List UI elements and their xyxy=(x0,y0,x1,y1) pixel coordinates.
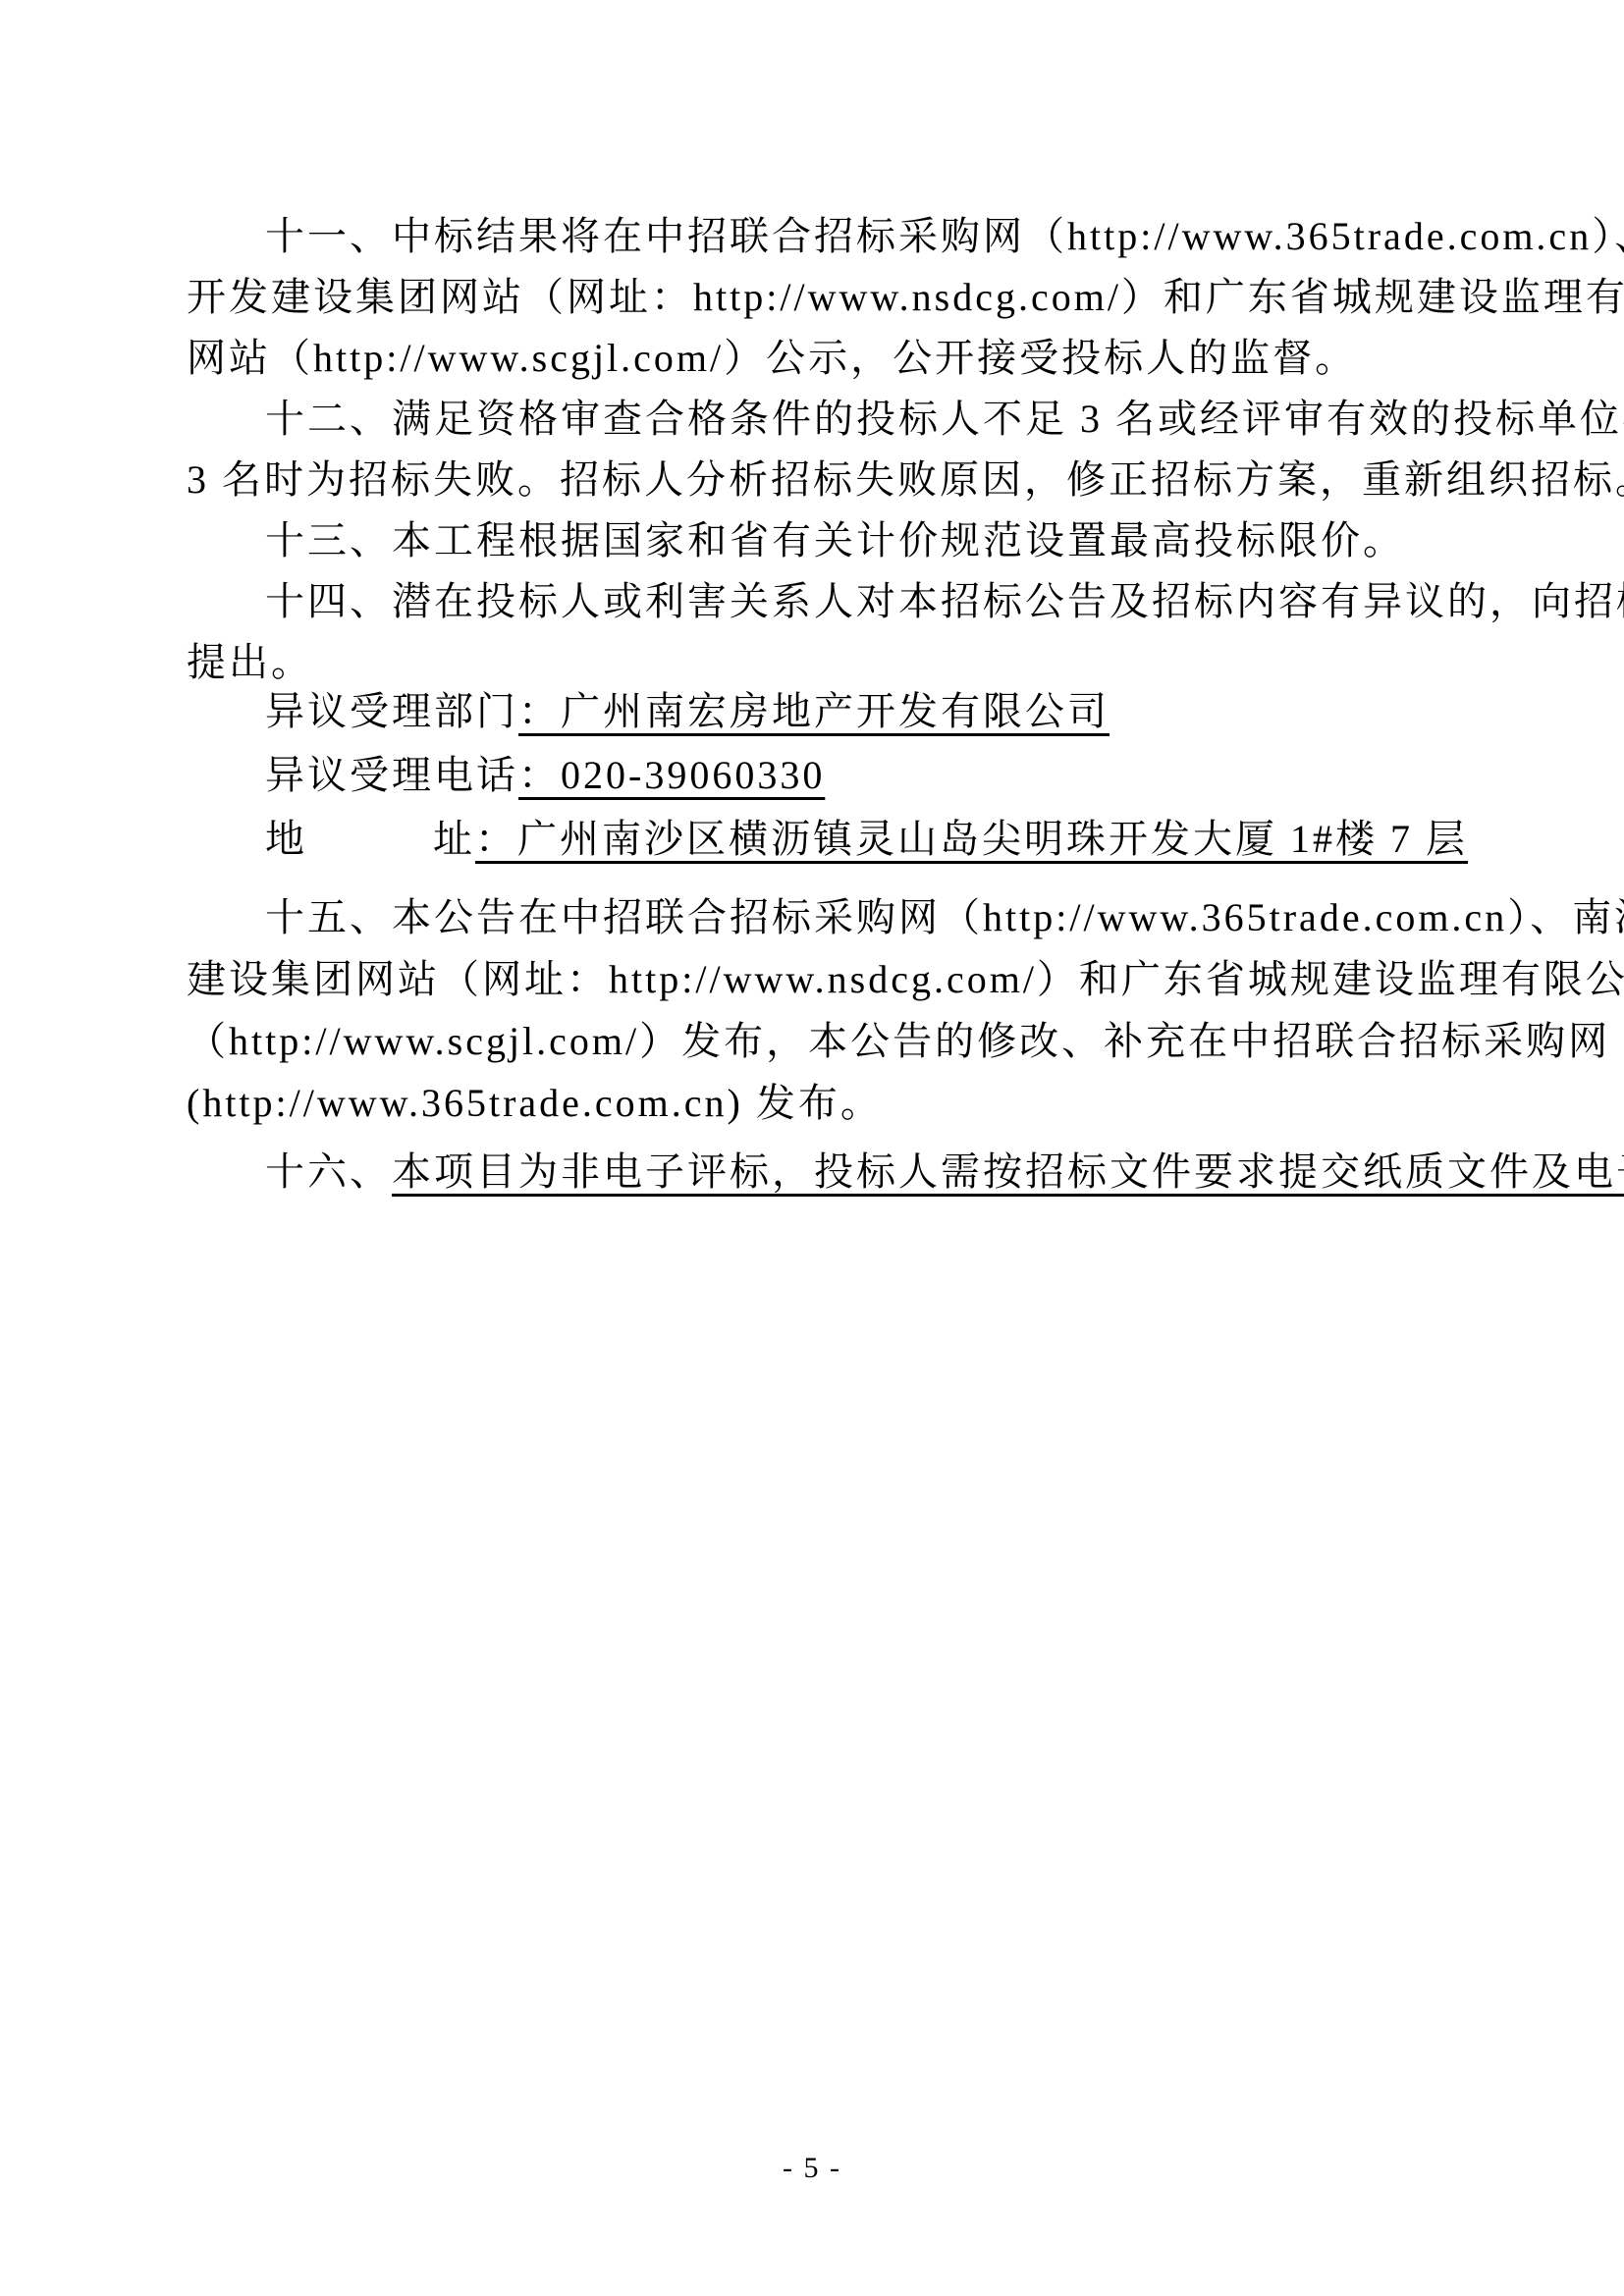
text-line: 开发建设集团网站（网址：http://www.nsdcg.com/）和广东省城规… xyxy=(187,267,1437,328)
document-body: 十一、中标结果将在中招联合招标采购网（http://www.365trade.c… xyxy=(187,206,1437,1202)
underlined-text: ：020-39060330 xyxy=(518,753,825,797)
text-run: 址 xyxy=(433,817,475,861)
text-run: 3 名时为招标失败。招标人分析招标失败原因，修正招标方案，重新组织招标。 xyxy=(187,457,1624,502)
text-run: 异议受理部门 xyxy=(265,689,518,733)
text-line: 地址：广州南沙区横沥镇灵山岛尖明珠开发大厦 1#楼 7 层 xyxy=(187,807,1437,871)
text-run: 建设集团网站（网址：http://www.nsdcg.com/）和广东省城规建设… xyxy=(187,957,1624,1001)
text-run: （http://www.scgjl.com/）发布，本公告的修改、补充在中招联合… xyxy=(187,1019,1610,1063)
paragraph-item-16: 十六、本项目为非电子评标，投标人需按招标文件要求提交纸质文件及电子光盘。 xyxy=(187,1142,1437,1202)
text-line: 十六、本项目为非电子评标，投标人需按招标文件要求提交纸质文件及电子光盘。 xyxy=(187,1142,1437,1202)
text-run: 十六、 xyxy=(265,1149,392,1194)
text-run: 十一、中标结果将在中招联合招标采购网（http://www.365trade.c… xyxy=(265,214,1624,258)
text-line: 十一、中标结果将在中招联合招标采购网（http://www.365trade.c… xyxy=(187,206,1437,267)
text-line: 十二、满足资格审查合格条件的投标人不足 3 名或经评审有效的投标单位不足 xyxy=(187,389,1437,450)
text-run: (http://www.365trade.com.cn) 发布。 xyxy=(187,1081,883,1125)
document-page: 十一、中标结果将在中招联合招标采购网（http://www.365trade.c… xyxy=(0,0,1624,2296)
text-run: 开发建设集团网站（网址：http://www.nsdcg.com/）和广东省城规… xyxy=(187,275,1624,319)
text-line: 3 名时为招标失败。招标人分析招标失败原因，修正招标方案，重新组织招标。 xyxy=(187,450,1437,510)
text-run: 十五、本公告在中招联合招标采购网（http://www.365trade.com… xyxy=(265,895,1624,939)
text-run: 异议受理电话 xyxy=(265,753,518,797)
text-line: 建设集团网站（网址：http://www.nsdcg.com/）和广东省城规建设… xyxy=(187,948,1437,1010)
text-line: 网站（http://www.scgjl.com/）公示，公开接受投标人的监督。 xyxy=(187,328,1437,389)
paragraph-item-13: 十三、本工程根据国家和省有关计价规范设置最高投标限价。 xyxy=(187,510,1437,571)
text-line: 十四、潜在投标人或利害关系人对本招标公告及招标内容有异议的，向招标人书面 xyxy=(187,571,1437,632)
underlined-text: ：广州南沙区横沥镇灵山岛尖明珠开发大厦 1#楼 7 层 xyxy=(475,817,1468,861)
paragraph-item-12: 十二、满足资格审查合格条件的投标人不足 3 名或经评审有效的投标单位不足3 名时… xyxy=(187,389,1437,510)
text-line: 异议受理电话：020-39060330 xyxy=(187,743,1437,807)
text-run: 十二、满足资格审查合格条件的投标人不足 3 名或经评审有效的投标单位不足 xyxy=(265,397,1624,441)
text-line: 异议受理部门：广州南宏房地产开发有限公司 xyxy=(187,679,1437,743)
paragraph-item-14: 十四、潜在投标人或利害关系人对本招标公告及招标内容有异议的，向招标人书面提出。 xyxy=(187,571,1437,693)
text-run: 十四、潜在投标人或利害关系人对本招标公告及招标内容有异议的，向招标人书面 xyxy=(265,579,1624,623)
underlined-text: 本项目为非电子评标，投标人需按招标文件要求提交纸质文件及电子光盘。 xyxy=(392,1149,1624,1194)
underlined-text: ：广州南宏房地产开发有限公司 xyxy=(518,689,1110,733)
page-number: - 5 - xyxy=(0,2152,1624,2185)
text-run: 网站（http://www.scgjl.com/）公示，公开接受投标人的监督。 xyxy=(187,336,1357,380)
text-line: (http://www.365trade.com.cn) 发布。 xyxy=(187,1072,1437,1134)
text-run: 十三、本工程根据国家和省有关计价规范设置最高投标限价。 xyxy=(265,518,1405,562)
text-line: （http://www.scgjl.com/）发布，本公告的修改、补充在中招联合… xyxy=(187,1010,1437,1072)
paragraph-contact: 异议受理部门：广州南宏房地产开发有限公司异议受理电话：020-39060330地… xyxy=(187,679,1437,871)
text-line: 十五、本公告在中招联合招标采购网（http://www.365trade.com… xyxy=(187,886,1437,948)
label-gap xyxy=(307,851,433,852)
text-run: 地 xyxy=(265,817,307,861)
text-run: 提出。 xyxy=(187,640,313,684)
text-line: 十三、本工程根据国家和省有关计价规范设置最高投标限价。 xyxy=(187,510,1437,571)
paragraph-item-11: 十一、中标结果将在中招联合招标采购网（http://www.365trade.c… xyxy=(187,206,1437,389)
paragraph-item-15: 十五、本公告在中招联合招标采购网（http://www.365trade.com… xyxy=(187,886,1437,1134)
